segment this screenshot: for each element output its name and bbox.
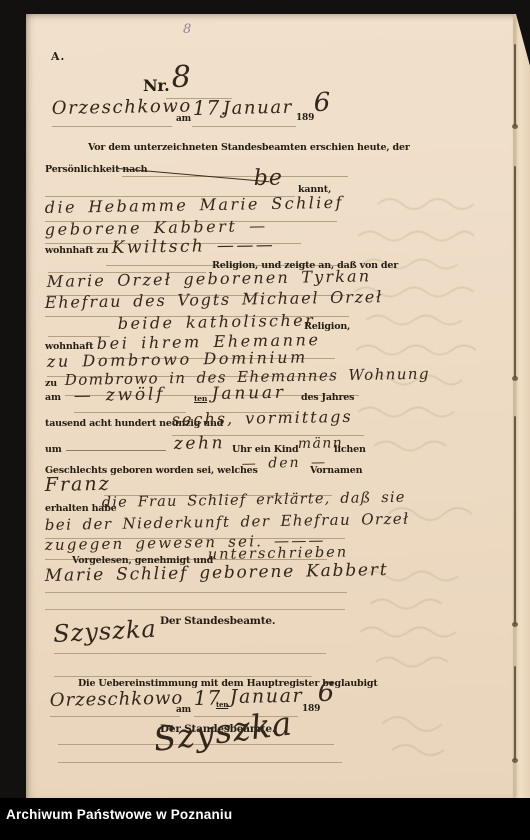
rule-line xyxy=(192,126,296,127)
blank-dash xyxy=(66,450,166,451)
record-number-label: Nr. xyxy=(143,76,170,95)
scan-photo: 8 A. Nr. 8 Orzeschkowo am 17. Januar 189… xyxy=(0,0,530,840)
binding-stitch xyxy=(514,416,516,624)
cert-month: Januar xyxy=(230,685,304,708)
cert-year-digit: 6 xyxy=(317,678,335,708)
rule-line xyxy=(74,412,186,413)
rule-line xyxy=(50,716,180,717)
binding-stitch xyxy=(514,166,516,378)
binding-stitch xyxy=(514,666,516,760)
rule-line xyxy=(122,176,348,177)
folio-pencil-mark: 8 xyxy=(183,22,191,37)
uhr-ein-kind: Uhr ein Kind xyxy=(232,444,298,455)
rule-line xyxy=(45,592,347,593)
father-name-line: Ehefrau des Vogts Michael Orzeł xyxy=(45,287,384,312)
watermark-bar: Archiwum Państwowe w Poznaniu xyxy=(0,798,530,840)
record-place: Orzeschkowo xyxy=(52,96,192,119)
record-month: Januar xyxy=(223,97,293,119)
declarant-line1: die Hebamme Marie Schlief xyxy=(45,193,344,217)
record-number-value: 8 xyxy=(171,60,192,95)
zu-label: zu xyxy=(45,378,57,389)
binding-stitch xyxy=(514,44,516,126)
form-letter-a: A. xyxy=(51,50,65,63)
bekannt-hand: be xyxy=(254,165,284,191)
am-label: am xyxy=(176,114,191,124)
birth-hour: zehn xyxy=(174,433,226,454)
registrar-signature: Szyszka xyxy=(53,615,158,648)
rule-line xyxy=(54,653,326,654)
child-name: Franz xyxy=(45,473,111,496)
year-digit: 6 xyxy=(313,88,331,118)
page-edge xyxy=(514,14,530,798)
um-label: um xyxy=(45,444,62,455)
section-divider xyxy=(45,609,345,610)
year-printed: 189 xyxy=(296,113,314,123)
rule-line xyxy=(54,676,312,677)
cert-place: Orzeschkowo xyxy=(50,688,184,711)
birth-day-word: — zwölf xyxy=(74,384,166,406)
rule-line xyxy=(52,126,172,127)
archive-watermark: Archiwum Państwowe w Poznaniu xyxy=(6,807,232,822)
faith-hand: beide katholischer xyxy=(118,311,316,333)
birth-month: Januar xyxy=(212,383,286,404)
des-jahres: des Jahres xyxy=(301,392,354,403)
register-page: 8 A. Nr. 8 Orzeschkowo am 17. Januar 189… xyxy=(26,14,530,798)
ink-bleedthrough xyxy=(348,184,508,784)
residence-value: Kwiltsch ——— xyxy=(112,235,276,258)
vornamen-label: Vornamen xyxy=(310,465,362,476)
birth-year-word: sechs, vormittags xyxy=(172,407,353,429)
lichen-print: lichen xyxy=(334,444,366,455)
registrar-signature2: Szyszka xyxy=(151,703,294,759)
cert-am: am xyxy=(176,705,191,715)
registrar-label: Der Standesbeamte. xyxy=(160,615,275,627)
wohnhaft-zu-label: wohnhaft zu xyxy=(45,245,108,256)
rule-line xyxy=(58,762,342,763)
am-label2: am xyxy=(45,392,61,403)
intro-line: Vor dem unterzeichneten Standesbeamten e… xyxy=(88,142,410,153)
cert-ten: ten xyxy=(216,700,228,709)
ten-suffix: ten xyxy=(194,394,207,403)
